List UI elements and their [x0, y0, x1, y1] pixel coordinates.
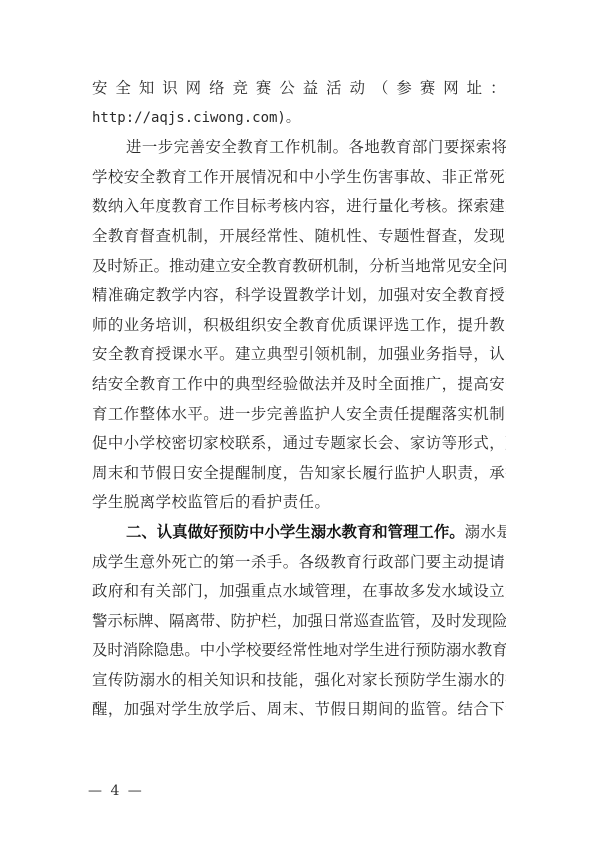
paragraph-start: 进一步完善安全教育工作机制。各地教育部门要探索将中小 [92, 133, 506, 163]
text-line: 政府和有关部门，加强重点水域管理，在事故多发水域设立安全 [92, 577, 506, 607]
text-line: 促中小学校密切家校联系，通过专题家长会、家访等形式，建立 [92, 429, 506, 459]
text-line: 师的业务培训，积极组织安全教育优质课评选工作，提升教师的 [92, 311, 506, 341]
document-page: 安全知识网络竞赛公益活动（参赛网址： http://aqjs.ciwong.co… [0, 0, 595, 842]
document-body: 安全知识网络竞赛公益活动（参赛网址： http://aqjs.ciwong.co… [92, 74, 506, 725]
text-line: 数纳入年度教育工作目标考核内容，进行量化考核。探索建立安 [92, 192, 506, 222]
text-line: 结安全教育工作中的典型经验做法并及时全面推广，提高安全教 [92, 370, 506, 400]
text-line: 育工作整体水平。进一步完善监护人安全责任提醒落实机制，督 [92, 400, 506, 430]
page-number: — 4 — [88, 783, 144, 799]
text-line: 周末和节假日安全提醒制度，告知家长履行监护人职责，承担起 [92, 459, 506, 489]
paragraph-end: 学生脱离学校监管后的看护责任。 [92, 488, 506, 518]
text-line: 全教育督查机制，开展经常性、随机性、专题性督查，发现问题 [92, 222, 506, 252]
heading-tail-text: 溺水是造 [465, 523, 506, 541]
text-line: 安全教育授课水平。建立典型引领机制，加强业务指导，认真总 [92, 340, 506, 370]
text-line: 安全知识网络竞赛公益活动（参赛网址： [92, 74, 506, 104]
url-line: http://aqjs.ciwong.com)。 [92, 104, 506, 134]
text-line: 学校安全教育工作开展情况和中小学生伤害事故、非正常死亡人 [92, 163, 506, 193]
text-line: 宣传防溺水的相关知识和技能，强化对家长预防学生溺水的提 [92, 666, 506, 696]
section-heading-line: 二、认真做好预防中小学生溺水教育和管理工作。溺水是造 [92, 518, 506, 548]
text-line: 及时矫正。推动建立安全教育教研机制，分析当地常见安全问题， [92, 252, 506, 282]
text-line: 精准确定教学内容，科学设置教学计划，加强对安全教育授课教 [92, 281, 506, 311]
text-line: 成学生意外死亡的第一杀手。各级教育行政部门要主动提请当地 [92, 548, 506, 578]
section-heading: 二、认真做好预防中小学生溺水教育和管理工作。 [126, 523, 465, 541]
text-line: 及时消除隐患。中小学校要经常性地对学生进行预防溺水教育， [92, 636, 506, 666]
text-line: 警示标牌、隔离带、防护栏，加强日常巡查监管，及时发现险情， [92, 607, 506, 637]
text-line: 醒，加强对学生放学后、周末、节假日期间的监管。结合下步省 [92, 695, 506, 725]
